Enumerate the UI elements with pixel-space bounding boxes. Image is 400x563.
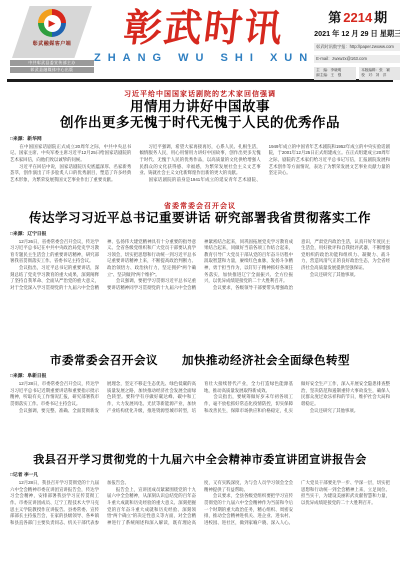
article-2-source: □来源：辽宁日报	[10, 230, 390, 237]
article-2-kicker: 省委常委会召开会议	[10, 201, 390, 211]
article-1-kicker: 习近平给中国国家话剧院的艺术家回信强调	[10, 89, 390, 99]
publisher-line-2: 彰武县融媒体中心出版	[10, 67, 94, 73]
article-provincial-meeting: 省委常委会召开会议 传达学习习近平总书记重要讲话 研究部署我省贯彻落实工作 □来…	[10, 201, 390, 345]
media-client-label: 彰武融媒客户端	[33, 40, 72, 47]
article-1-headline-line-2: 创作出更多无愧于时代无愧于人民的优秀作品	[10, 115, 390, 131]
play-icon: ▶	[44, 15, 61, 32]
article-4-body: 12月28日，我县召开学习贯彻党的十九届六中全会精神市委宣讲团宣讲报告会，传达学…	[10, 480, 390, 550]
article-county-lecture: 我县召开学习贯彻党的十九届六中全会精神市委宣讲团宣讲报告会 □记者 李一凡 12…	[10, 454, 390, 550]
staff-box-2: 本版编辑：张 颖 校 对：刘 洋	[359, 67, 400, 80]
issue-suffix: 期	[374, 10, 387, 25]
article-4-headline: 我县召开学习贯彻党的十九届六中全会精神市委宣讲团宣讲报告会	[10, 454, 390, 467]
issue-line: 第2214期	[314, 7, 400, 26]
article-1-headline-line-1: 用情用力讲好中国故事	[10, 99, 390, 115]
staff-box-2-line-2: 校 对：刘 洋	[361, 73, 399, 78]
staff-row: 主 编：李晓明 副主编：王 强 本版编辑：张 颖 校 对：刘 洋	[314, 67, 400, 80]
staff-box-1-line-2: 副主编：王 强	[316, 73, 354, 78]
email-line: E-mail：zwxwzx@163.com	[314, 55, 400, 63]
article-1-source: □来源：新华网	[10, 135, 390, 142]
article-3-body: 12月28日，市委常委会召开会议，传达学习习近平总书记近期重要讲话和重要指示批示…	[10, 381, 390, 445]
page-content: 习近平给中国国家话剧院的艺术家回信强调 用情用力讲好中国故事 创作出更多无愧于时…	[0, 89, 400, 550]
article-3-headline: 市委常委会召开会议 加快推动经济社会全面绿色转型	[10, 355, 390, 369]
media-app-logo-icon: ▶	[38, 9, 66, 37]
article-city-meeting: 市委常委会召开会议 加快推动经济社会全面绿色转型 □来源：阜新日报 12月28日…	[10, 355, 390, 446]
date-line: 2021 年 12 月 29 日 星期三	[314, 29, 400, 39]
newspaper-title: 彰武时讯	[92, 8, 317, 48]
masthead-logo-block: ▶ 彰武融媒客户端 中共彰武县委宣传部主办 彰武县融媒体中心出版	[8, 6, 94, 76]
digital-edition-line: 彰武时讯数字报：http://paper.zwxww.com	[314, 43, 400, 51]
newspaper-title-latin: ZHANG WU SHI XUN	[94, 52, 314, 64]
article-1-body: 在中国国家话剧院正式成立20周年之际，中共中央总书记、国家主席、中央军委主席习近…	[10, 144, 390, 192]
publisher-block: 中共彰武县委宣传部主办 彰武县融媒体中心出版	[10, 60, 94, 73]
article-2-headline: 传达学习习近平总书记重要讲话 研究部署我省贯彻落实工作	[10, 211, 390, 226]
article-2-body: 12月26日，省委常委会召开会议，传达学习习近平总书记在中共中央政治局党史学习教…	[10, 239, 390, 345]
issue-number: 2214	[343, 10, 372, 25]
issue-prefix: 第	[328, 10, 341, 25]
masthead: ▶ 彰武融媒客户端 中共彰武县委宣传部主办 彰武县融媒体中心出版 彰武时讯 ZH…	[0, 0, 400, 76]
masthead-title-block: 彰武时讯 ZHANG WU SHI XUN	[94, 6, 314, 76]
newspaper-front-page: ▶ 彰武融媒客户端 中共彰武县委宣传部主办 彰武县融媒体中心出版 彰武时讯 ZH…	[0, 0, 400, 563]
publisher-line-1: 中共彰武县委宣传部主办	[10, 60, 94, 66]
logo-ribbon: ▶ 彰武融媒客户端	[12, 6, 92, 58]
article-xi-reply: 习近平给中国国家话剧院的艺术家回信强调 用情用力讲好中国故事 创作出更多无愧于时…	[10, 89, 390, 192]
article-4-source: □记者 李一凡	[10, 471, 390, 478]
masthead-issue-block: 第2214期 2021 年 12 月 29 日 星期三 彰武时讯数字报：http…	[314, 6, 400, 76]
staff-box-1: 主 编：李晓明 副主编：王 强	[314, 67, 356, 80]
article-3-source: □来源：阜新日报	[10, 372, 390, 379]
